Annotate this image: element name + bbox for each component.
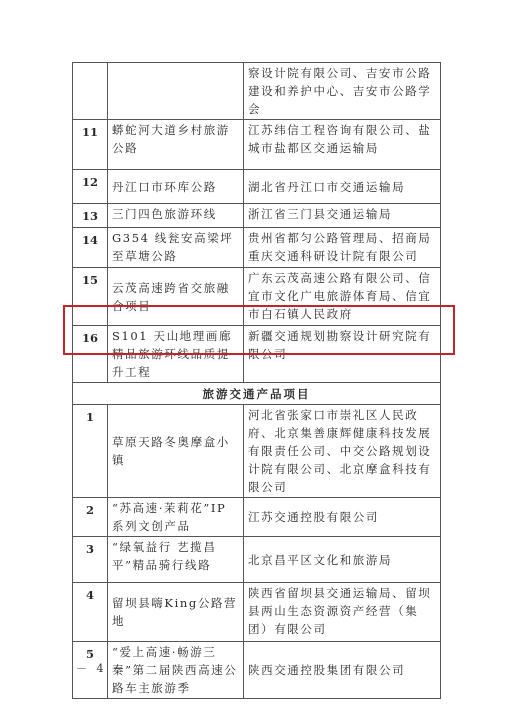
table-row: 2 “苏高速·茉莉花”IP系列文创产品 江苏交通控股有限公司 [73,498,441,537]
section-header-row: 旅游交通产品项目 [73,383,441,405]
project-name: 丹江口市环库公路 [108,170,244,204]
table-row: 1 草原天路冬奥摩盒小镇 河北省张家口市崇礼区人民政府、北京集善康辉健康科技发展… [73,405,441,498]
organization: 新疆交通规划勘察设计研究院有限公司 [244,326,441,383]
project-name [108,63,244,120]
row-number: 11 [73,120,108,170]
organization: 陕西交通控股集团有限公司 [244,642,441,699]
project-name: “绿氧益行 艺揽昌平”精品骑行线路 [108,537,244,583]
table-row: 12 丹江口市环库公路 湖北省丹江口市交通运输局 [73,170,441,204]
page-number: － 4 － [76,660,127,676]
project-name: 云茂高速跨省交旅融合项目 [108,268,244,326]
project-name: 草原天路冬奥摩盒小镇 [108,405,244,498]
row-number: 16 [73,326,108,383]
organization: 北京昌平区文化和旅游局 [244,537,441,583]
organization: 贵州省都匀公路管理局、招商局重庆交通科研设计院有限公司 [244,228,441,268]
table-row: 13 三门四色旅游环线 浙江省三门县交通运输局 [73,204,441,228]
section-header: 旅游交通产品项目 [73,383,441,405]
table-row: 14 G354 线瓮安高梁坪至草塘公路 贵州省都匀公路管理局、招商局重庆交通科研… [73,228,441,268]
project-name: 留坝县嗨King公路营地 [108,583,244,642]
row-number: 1 [73,405,108,498]
project-name: “苏高速·茉莉花”IP系列文创产品 [108,498,244,537]
table-row: 3 “绿氧益行 艺揽昌平”精品骑行线路 北京昌平区文化和旅游局 [73,537,441,583]
table-row: 4 留坝县嗨King公路营地 陕西省留坝县交通运输局、留坝县两山生态资源资产经营… [73,583,441,642]
project-name: G354 线瓮安高梁坪至草塘公路 [108,228,244,268]
row-number [73,63,108,120]
row-number: 4 [73,583,108,642]
organization: 浙江省三门县交通运输局 [244,204,441,228]
row-number: 14 [73,228,108,268]
table-row-highlighted: 16 S101 天山地理画廊精品旅游环线品质提升工程 新疆交通规划勘察设计研究院… [73,326,441,383]
row-number: 12 [73,170,108,204]
project-list-table: 察设计院有限公司、吉安市公路建设和养护中心、吉安市公路学会 11 蟒蛇河大道乡村… [72,62,441,699]
organization: 广东云茂高速公路有限公司、信宜市文化广电旅游体育局、信宜市白石镇人民政府 [244,268,441,326]
project-name: S101 天山地理画廊精品旅游环线品质提升工程 [108,326,244,383]
row-number: 2 [73,498,108,537]
table-row: 察设计院有限公司、吉安市公路建设和养护中心、吉安市公路学会 [73,63,441,120]
row-number: 13 [73,204,108,228]
table-row: 15 云茂高速跨省交旅融合项目 广东云茂高速公路有限公司、信宜市文化广电旅游体育… [73,268,441,326]
organization: 察设计院有限公司、吉安市公路建设和养护中心、吉安市公路学会 [244,63,441,120]
organization: 湖北省丹江口市交通运输局 [244,170,441,204]
organization: 江苏交通控股有限公司 [244,498,441,537]
row-number: 15 [73,268,108,326]
organization: 江苏纬信工程咨询有限公司、盐城市盐都区交通运输局 [244,120,441,170]
project-name: 蟒蛇河大道乡村旅游公路 [108,120,244,170]
project-name: “爱上高速·畅游三秦”第二届陕西高速公路车主旅游季 [108,642,244,699]
table-row: 11 蟒蛇河大道乡村旅游公路 江苏纬信工程咨询有限公司、盐城市盐都区交通运输局 [73,120,441,170]
project-name: 三门四色旅游环线 [108,204,244,228]
organization: 河北省张家口市崇礼区人民政府、北京集善康辉健康科技发展有限责任公司、中交公路规划… [244,405,441,498]
row-number: 3 [73,537,108,583]
organization: 陕西省留坝县交通运输局、留坝县两山生态资源资产经营（集团）有限公司 [244,583,441,642]
table-row: 5 “爱上高速·畅游三秦”第二届陕西高速公路车主旅游季 陕西交通控股集团有限公司 [73,642,441,699]
